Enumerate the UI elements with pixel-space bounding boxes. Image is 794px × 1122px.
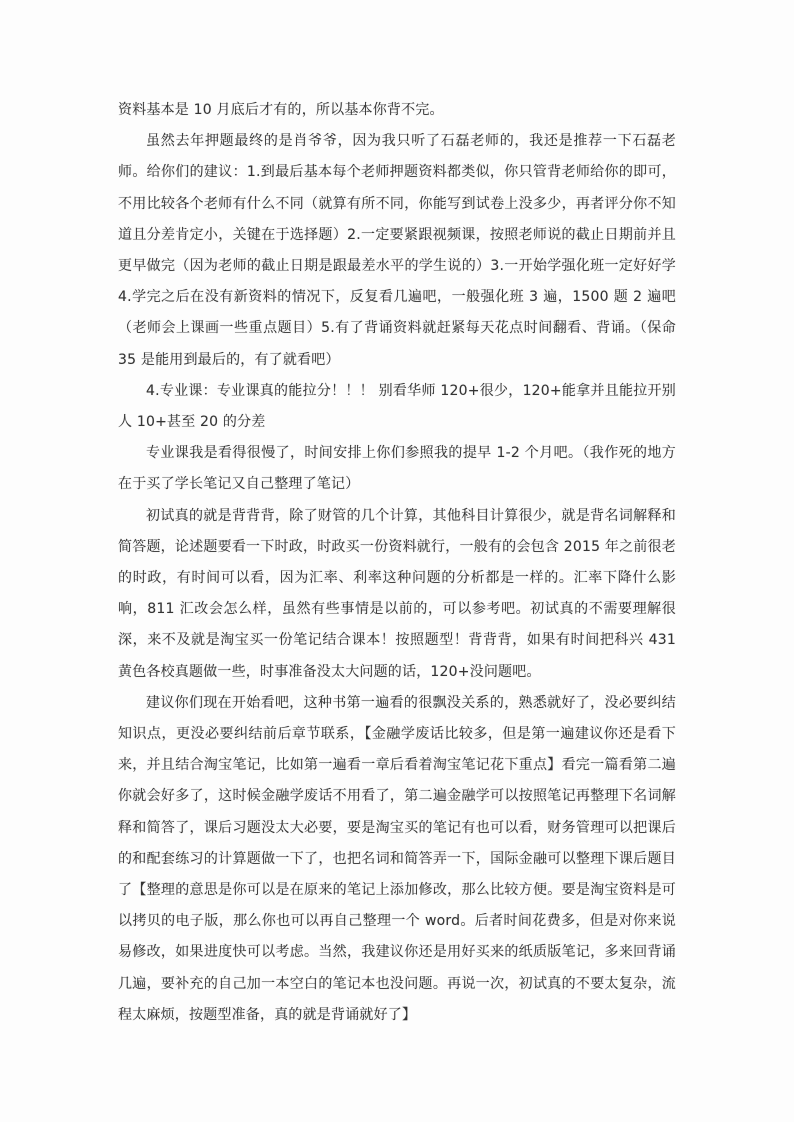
paragraph: 4.专业课：专业课真的能拉分！！！ 别看华师 120+很少，120+能拿并且能拉… [118,376,676,438]
paragraph: 初试真的就是背背背，除了财管的几个计算，其他科目计算很少，就是背名词解释和简答题… [118,501,676,688]
paragraph: 专业课我是看得很慢了，时间安排上你们参照我的提早 1-2 个月吧。（我作死的地方… [118,438,676,500]
paragraph: 虽然去年押题最终的是肖爷爷，因为我只听了石磊老师的，我还是推荐一下石磊老师。给你… [118,126,676,376]
document-text-block: 资料基本是 10 月底后才有的，所以基本你背不完。虽然去年押题最终的是肖爷爷，因… [118,95,676,1031]
paragraph: 建议你们现在开始看吧，这种书第一遍看的很飘没关系的，熟悉就好了，没必要纠结知识点… [118,688,676,1031]
document-page: 资料基本是 10 月底后才有的，所以基本你背不完。虽然去年押题最终的是肖爷爷，因… [0,0,794,1122]
paragraph: 资料基本是 10 月底后才有的，所以基本你背不完。 [118,95,676,126]
